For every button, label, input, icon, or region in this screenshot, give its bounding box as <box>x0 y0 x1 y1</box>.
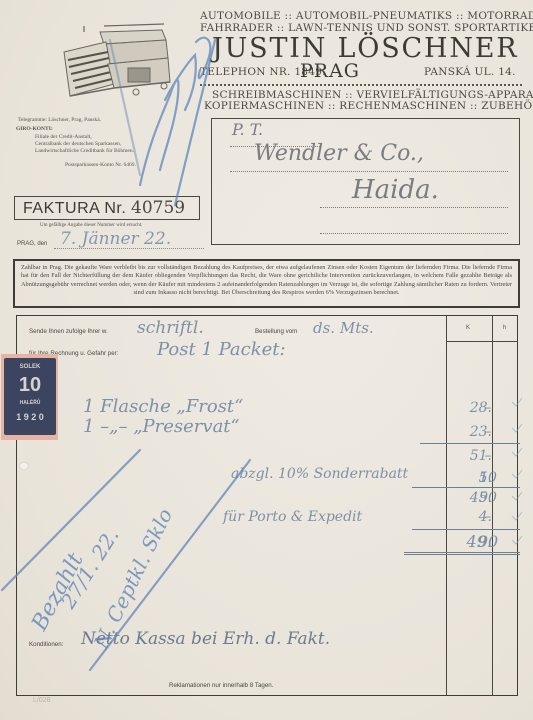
letterhead-line-1: AUTOMOBILE :: AUTOMOBIL-PNEUMATIKS :: MO… <box>200 10 533 22</box>
address-line <box>320 207 508 208</box>
column-header-kronen: K <box>466 325 470 331</box>
date-label: PRAG, den <box>17 241 47 247</box>
bank-account: Filiale der Credit-Anstalt, <box>35 134 92 140</box>
invoice-number-hint: Um gefällige Angabe dieser Nummer wird e… <box>40 223 142 228</box>
street-address: PANSKÁ UL. 14. <box>424 66 516 78</box>
invoice-number: 40759 <box>131 198 185 218</box>
bank-account: Landwirtschaftliche Creditbank für Böhme… <box>35 148 134 154</box>
item-description: 1 –„– „Preservat“ <box>83 416 240 437</box>
archive-reference: L/028 <box>33 697 51 704</box>
payment-terms: Zahlbar in Prag. Die gekaufte Ware verbl… <box>21 264 512 297</box>
discount-description: abzgl. 10% Sonderrabatt <box>231 466 408 482</box>
invoice-date: 7. Jänner 22. <box>60 229 171 249</box>
postal-account: Postsparkassen-Konto Nr. 6469. <box>65 162 136 168</box>
giro-label: GIRO-KONTI: <box>16 126 53 132</box>
stamp-currency: HALÉŘŮ <box>4 400 56 406</box>
typewriter-illustration-icon <box>44 12 172 102</box>
stamp-value: 10 <box>4 374 56 397</box>
recipient-name: Wendler & Co., <box>254 141 424 166</box>
conditions-label: Konditionen: <box>29 641 63 648</box>
invoice-number-box: FAKTURA Nr. 40759 <box>14 196 200 220</box>
address-line <box>230 171 508 172</box>
recipient-city: Haida. <box>352 175 439 205</box>
total-double-rule <box>404 552 520 555</box>
sent-label: Sende Ihnen zufolge Ihrer w. <box>29 328 108 335</box>
stamp-year: 1 9 2 0 <box>4 412 56 422</box>
item-amount-heller: – <box>476 400 500 416</box>
item-amount-heller: – <box>476 424 500 440</box>
letterhead-divider <box>200 84 522 86</box>
sum-rule <box>420 443 520 444</box>
sum-rule <box>412 487 520 488</box>
shipping-description: für Porto & Expedit <box>223 509 362 525</box>
order-date-label: Bestellung vom <box>255 328 297 335</box>
city: PRAG <box>300 60 360 82</box>
total-heller: 90 <box>476 532 500 551</box>
complaints-notice: Reklamationen nur innerhalb 8 Tagen. <box>169 682 273 689</box>
sum-rule <box>412 529 520 530</box>
order-date-value: ds. Mts. <box>313 319 374 337</box>
recipient-address-box: P. T. Wendler & Co., Haida. <box>211 118 520 245</box>
column-header-heller: h <box>503 325 506 331</box>
punch-hole <box>19 462 29 470</box>
shipping-method-value: Post 1 Packet: <box>157 339 286 360</box>
revenue-stamp-design: SOLEK 10 HALÉŘŮ 1 9 2 0 <box>4 358 56 435</box>
terms-box: Zahlbar in Prag. Die gekaufte Ware verbl… <box>13 259 520 308</box>
discount-heller: 10 <box>476 470 500 486</box>
invoice-page: AUTOMOBILE :: AUTOMOBIL-PNEUMATIKS :: MO… <box>0 0 533 720</box>
recipient-salutation: P. T. <box>232 120 263 139</box>
bank-account: Centralbank der deutschen Sparkassen, <box>35 141 121 147</box>
revenue-stamp: SOLEK 10 HALÉŘŮ 1 9 2 0 <box>1 354 58 440</box>
sent-value: schriftl. <box>137 318 204 338</box>
stamp-header: SOLEK <box>4 364 56 370</box>
letterhead-line-4: KOPIERMASCHINEN :: RECHENMASCHINEN :: ZU… <box>204 100 533 112</box>
subtotal-heller: – <box>476 448 500 464</box>
header-rule <box>446 341 517 342</box>
invoice-label: FAKTURA Nr. <box>23 200 126 218</box>
company-name: JUSTIN LÖSCHNER <box>212 33 518 64</box>
telegram-address: Telegramme: Löschner, Prag, Panská. <box>18 117 101 123</box>
signature-stroke <box>175 40 215 205</box>
address-line <box>320 233 508 234</box>
conditions-value: Netto Kassa bei Erh. d. Fakt. <box>81 629 330 649</box>
after-discount-heller: 90 <box>476 490 500 506</box>
shipping-heller: – <box>476 509 500 525</box>
item-description: 1 Flasche „Frost“ <box>83 396 243 417</box>
